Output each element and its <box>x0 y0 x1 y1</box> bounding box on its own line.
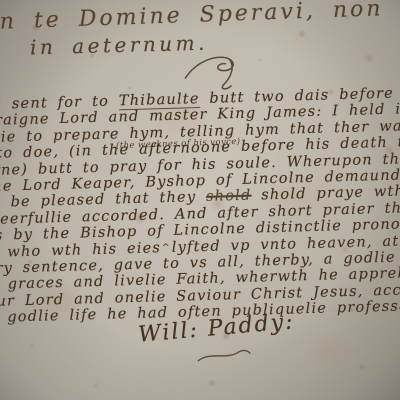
latin-heading-line-1: In te Domine Speravi, non con <box>0 0 400 35</box>
manuscript-page: In te Domine Speravi, non con in aeternu… <box>0 0 400 400</box>
caret-insertion-mark: ^ <box>161 243 172 253</box>
struck-out-word: shold <box>206 188 252 205</box>
manuscript-body: ng sent for to Thibaulte butt two dais b… <box>0 85 400 327</box>
paraph-flourish-icon <box>181 50 250 95</box>
latin-heading-text: In te Domine Speravi, non con <box>0 0 400 35</box>
signature-flourish-icon <box>195 345 252 365</box>
